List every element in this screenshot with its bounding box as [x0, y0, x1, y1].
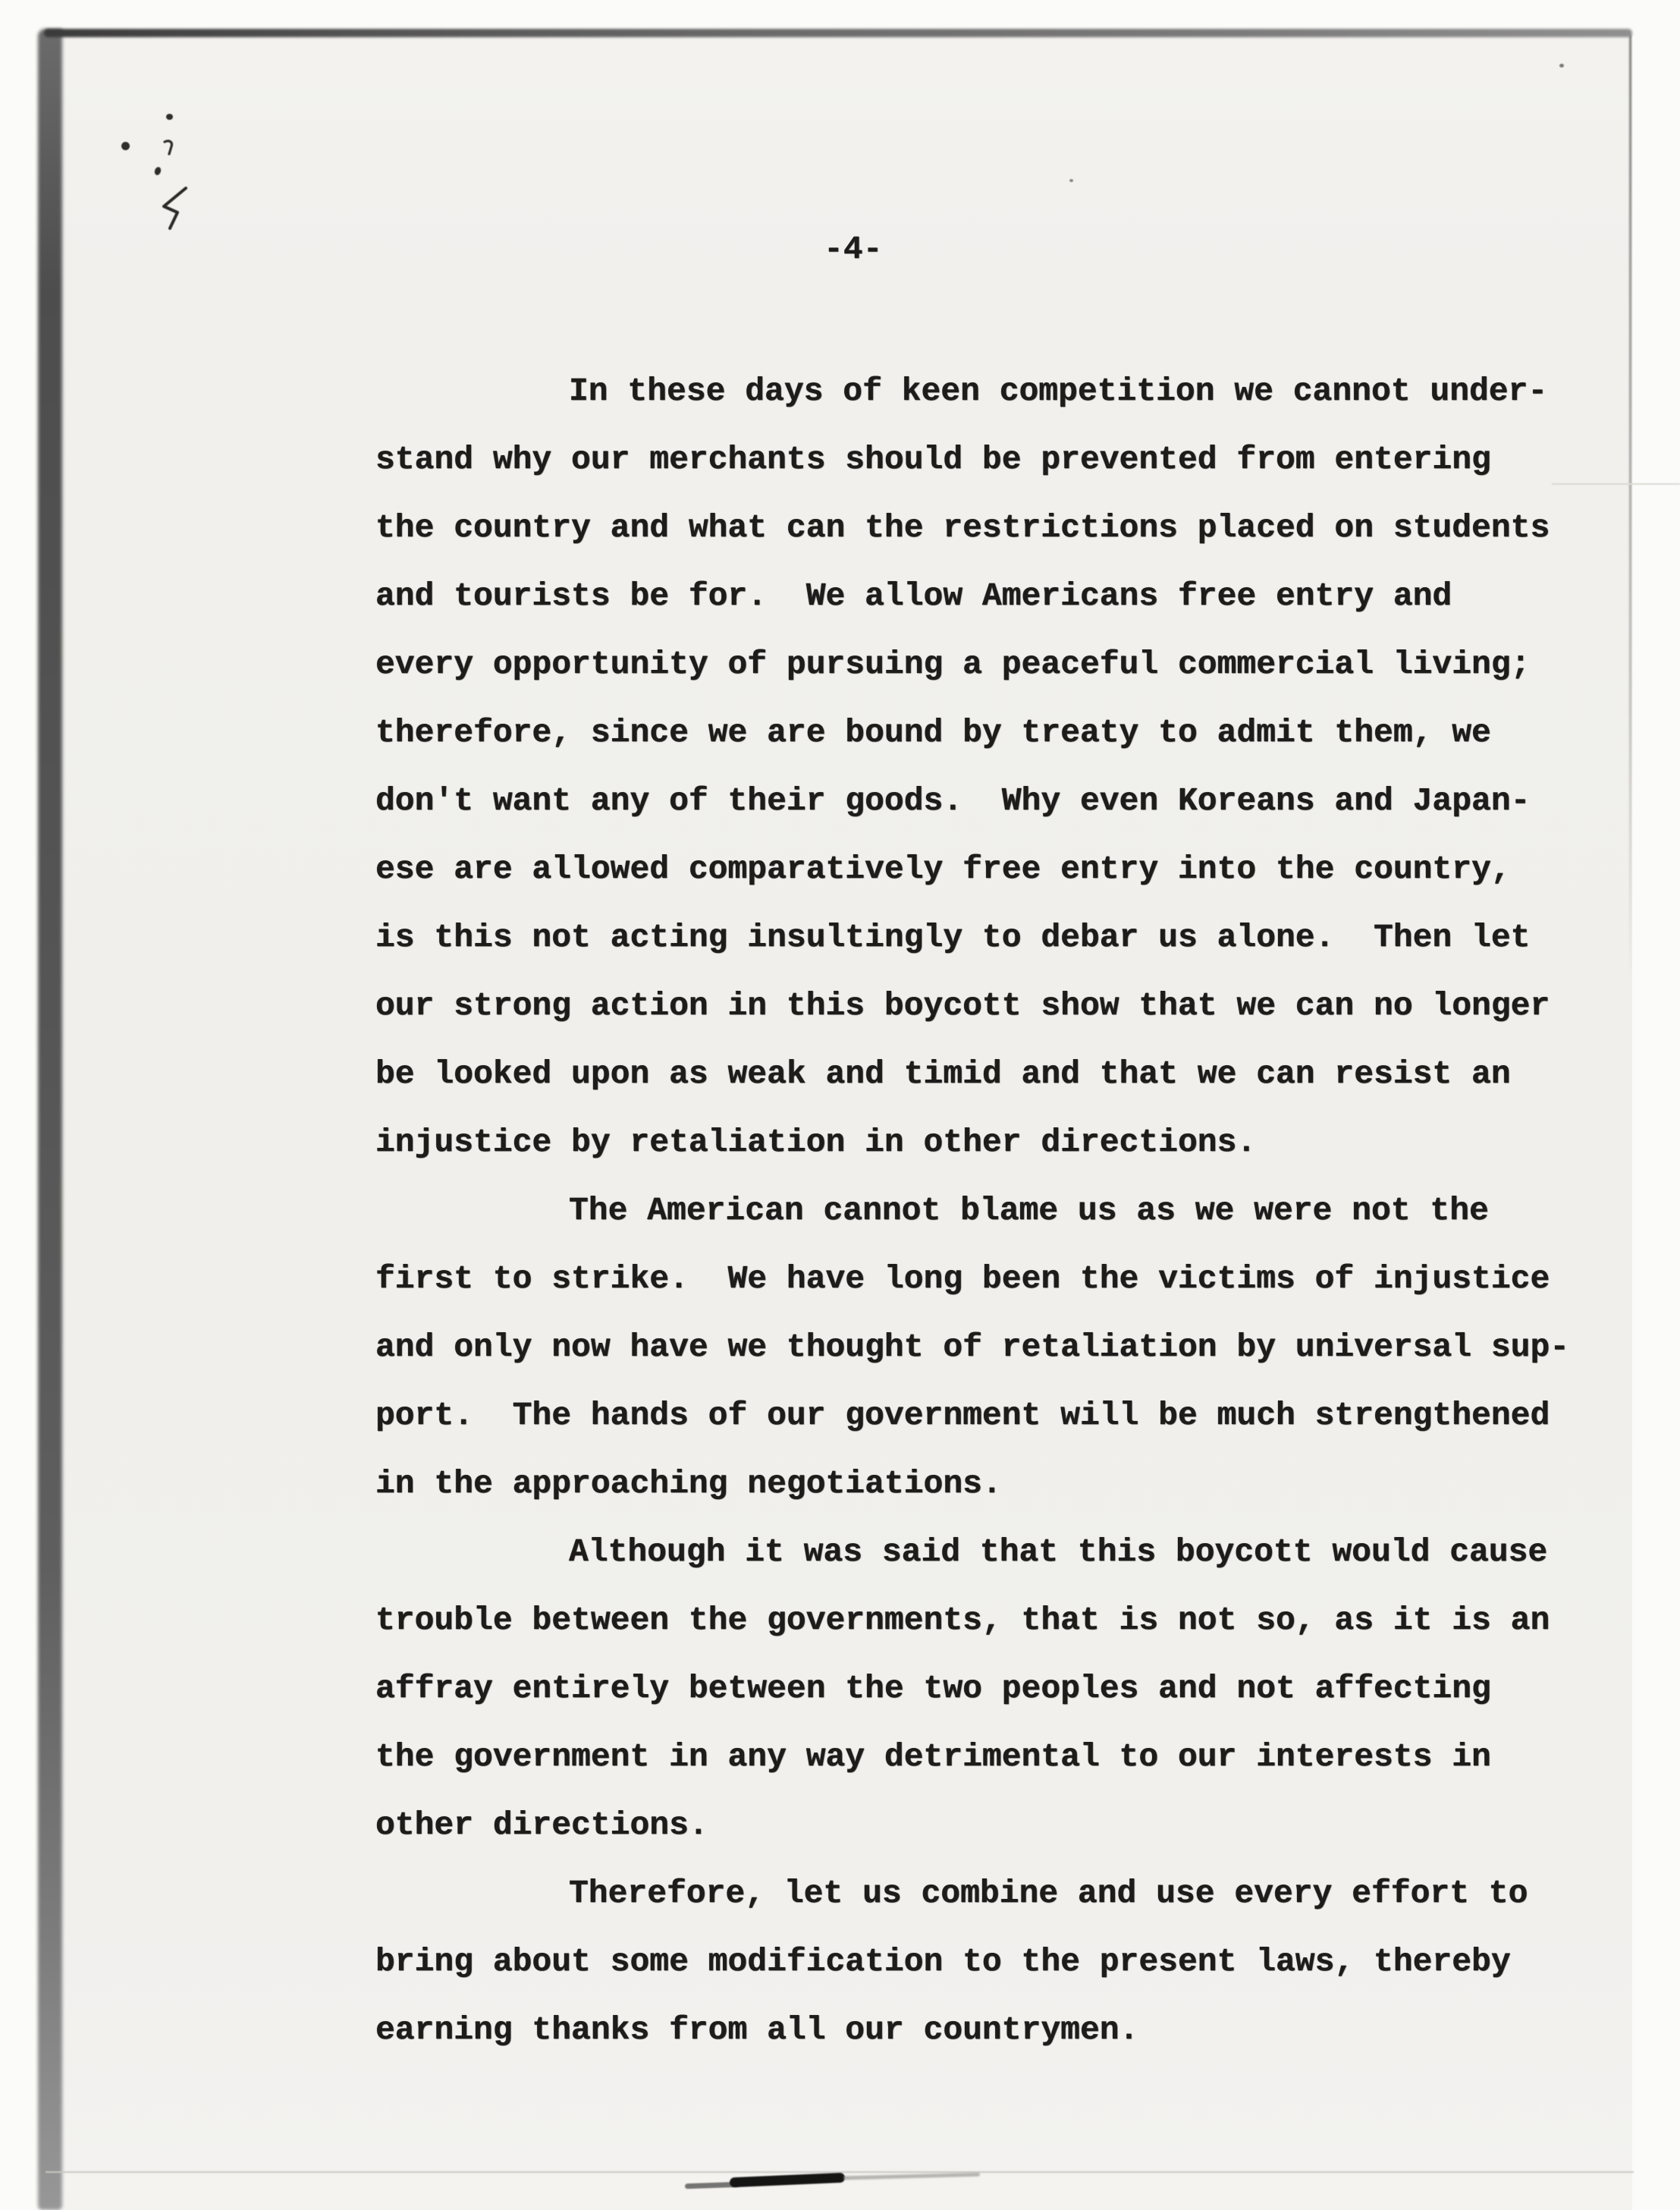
text-line: other directions.	[375, 1791, 1604, 1859]
paper-edge-left-shadow	[38, 29, 62, 2210]
text-line: the country and what can the restriction…	[375, 494, 1604, 562]
document-text: In these days of keen competition we can…	[375, 357, 1604, 2064]
paragraph: The American cannot blame us as we were …	[375, 1177, 1604, 1518]
text-line: earning thanks from all our countrymen.	[375, 1996, 1604, 2064]
text-line: every opportunity of pursuing a peaceful…	[375, 630, 1604, 699]
text-line: bring about some modification to the pre…	[375, 1928, 1604, 1996]
pencil-speck-icon	[121, 142, 130, 150]
text-line: The American cannot blame us as we were …	[375, 1177, 1604, 1245]
text-line: trouble between the governments, that is…	[375, 1586, 1604, 1655]
text-line: In these days of keen competition we can…	[375, 357, 1604, 426]
text-line: first to strike. We have long been the v…	[375, 1245, 1604, 1313]
text-line: therefore, since we are bound by treaty …	[375, 699, 1604, 767]
pencil-speck-icon	[166, 114, 173, 120]
text-line: and tourists be for. We allow Americans …	[375, 562, 1604, 630]
text-line: Although it was said that this boycott w…	[375, 1518, 1604, 1586]
text-line: affray entirely between the two peoples …	[375, 1655, 1604, 1723]
paragraph: Although it was said that this boycott w…	[375, 1518, 1604, 1859]
text-line: is this not acting insultingly to debar …	[375, 904, 1604, 972]
text-line: stand why our merchants should be preven…	[375, 426, 1604, 494]
paper-edge-right-shadow	[1629, 35, 1631, 983]
text-line: be looked upon as weak and timid and tha…	[375, 1040, 1604, 1108]
text-line: injustice by retaliation in other direct…	[375, 1108, 1604, 1177]
text-line: our strong action in this boycott show t…	[375, 972, 1604, 1040]
text-line: port. The hands of our government will b…	[375, 1382, 1604, 1450]
pencil-checkmark-icon	[154, 184, 190, 235]
paragraph: Therefore, let us combine and use every …	[375, 1859, 1604, 2064]
pencil-squiggle-icon	[162, 140, 176, 162]
paper-fleck-icon	[1559, 64, 1564, 68]
scan-background: -4- In these days of keen competition we…	[0, 0, 1680, 2210]
text-line: in the approaching negotiations.	[375, 1450, 1604, 1518]
paper-fleck-icon	[1069, 179, 1073, 182]
paragraph: In these days of keen competition we can…	[375, 357, 1604, 1177]
text-line: the government in any way detrimental to…	[375, 1723, 1604, 1791]
text-line: ese are allowed comparatively free entry…	[375, 835, 1604, 904]
text-line: don't want any of their goods. Why even …	[375, 767, 1604, 835]
text-line: and only now have we thought of retaliat…	[375, 1313, 1604, 1382]
page-number: -4-	[824, 231, 882, 268]
text-line: Therefore, let us combine and use every …	[375, 1859, 1604, 1928]
paper-edge-top-shadow	[44, 29, 1632, 37]
